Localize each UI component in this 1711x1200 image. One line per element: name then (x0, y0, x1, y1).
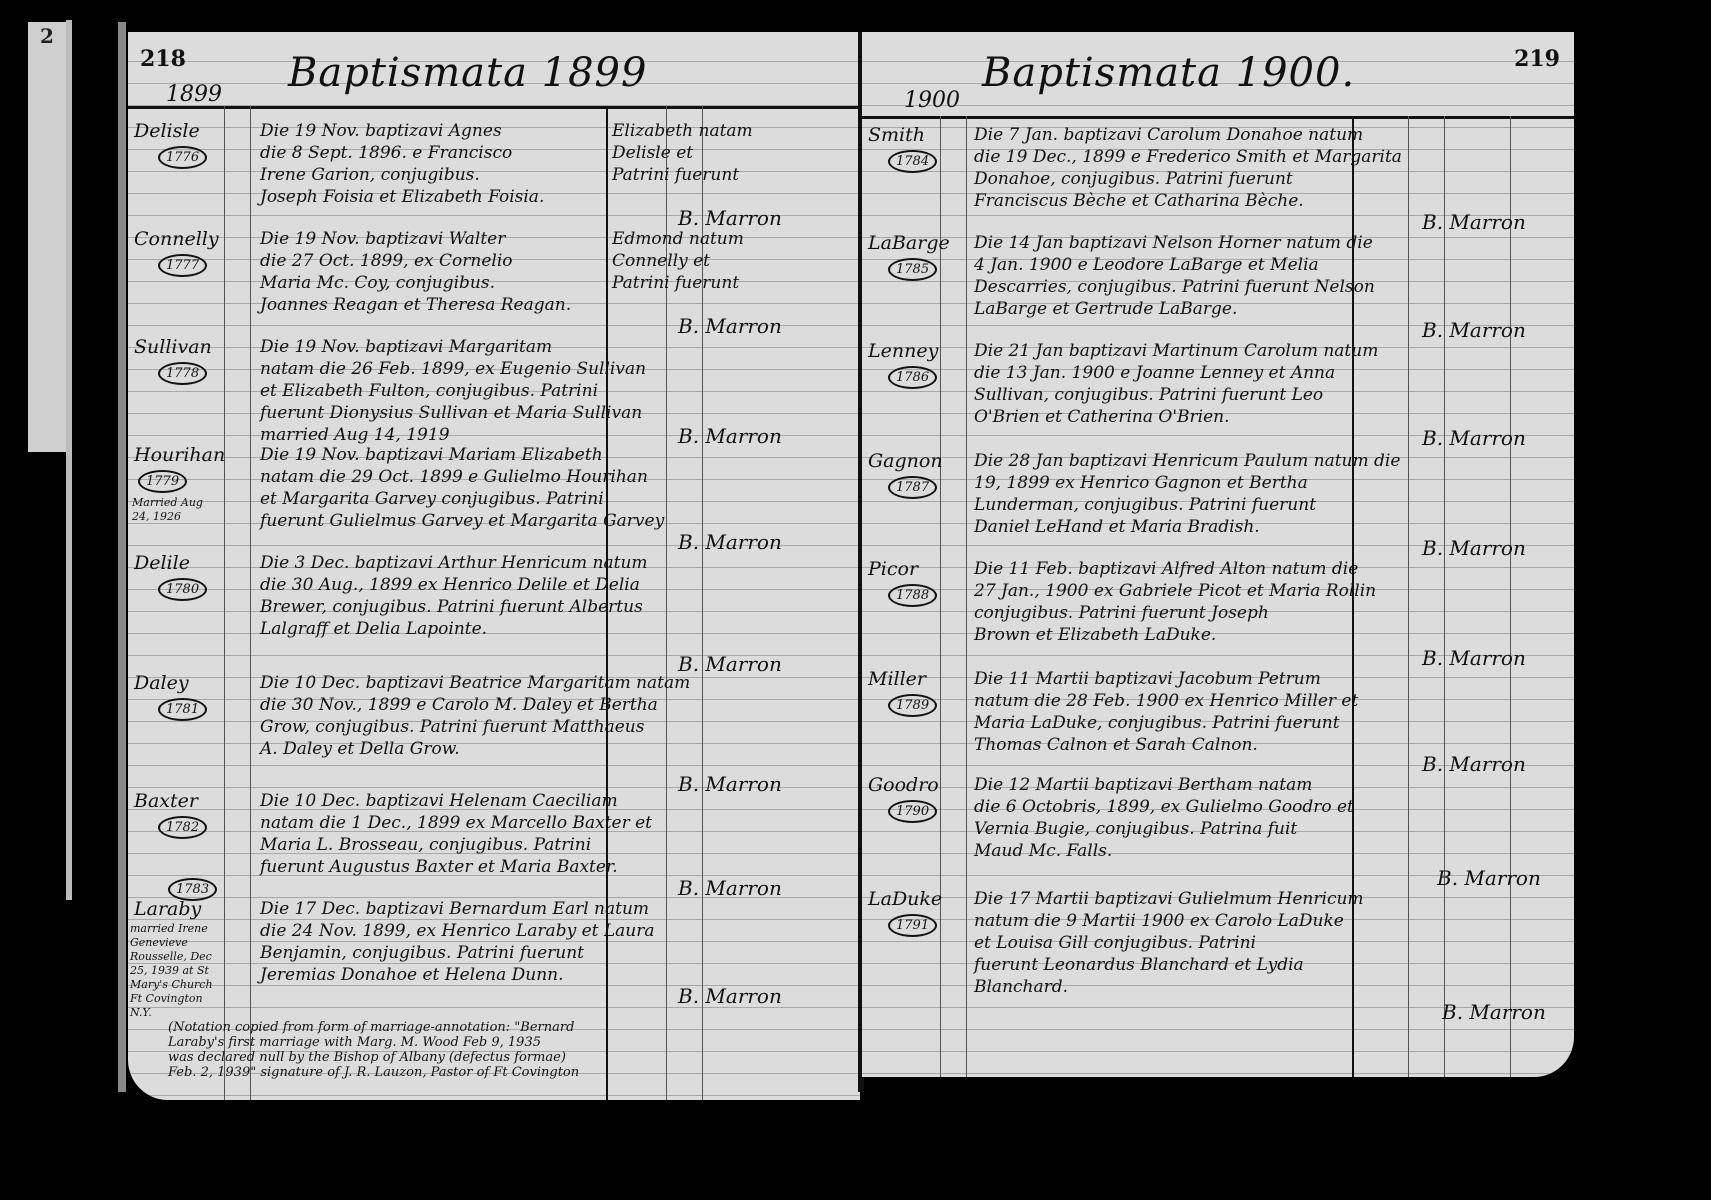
entry-text: Die 19 Nov. baptizavi Mariam Elizabethna… (260, 444, 664, 532)
entry-surname: Daley (134, 672, 189, 694)
year-label: 1900 (904, 88, 960, 113)
entry-text: Die 10 Dec. baptizavi Beatrice Margarita… (260, 672, 690, 760)
adjacent-page-number: 2 (40, 24, 54, 48)
marriage-annotation: married Aug 14, 1919 (260, 424, 646, 446)
entry-surname: Hourihan (134, 444, 225, 466)
priest-signature: B. Marron (1422, 536, 1526, 560)
entry-number: 1777 (158, 254, 207, 277)
entry-surname: Delisle (134, 120, 200, 142)
priest-signature: B. Marron (678, 424, 782, 448)
priest-signature: B. Marron (1422, 646, 1526, 670)
entry-number: 1789 (888, 694, 937, 717)
page-title: Baptismata 1899 (288, 50, 647, 96)
page-edge-strip (66, 20, 72, 900)
column-rule (940, 116, 941, 1077)
priest-signature: B. Marron (678, 876, 782, 900)
entry-surname: Picor (868, 558, 918, 580)
entry-text: Die 17 Martii baptizavi Gulielmum Henric… (974, 888, 1364, 998)
entry-text: Die 3 Dec. baptizavi Arthur Henricum nat… (260, 552, 648, 640)
column-rule (1408, 116, 1409, 1077)
header-rule (862, 116, 1574, 119)
entry-text: Die 12 Martii baptizavi Bertham natamdie… (974, 774, 1354, 862)
priest-signature: B. Marron (678, 772, 782, 796)
entry-number: 1778 (158, 362, 207, 385)
entry-text: Die 14 Jan baptizavi Nelson Horner natum… (974, 232, 1375, 320)
page-number: 219 (1514, 46, 1560, 72)
entry-text: Die 10 Dec. baptizavi Helenam Caeciliamn… (260, 790, 652, 878)
entry-surname: LaDuke (868, 888, 942, 910)
entry-number: 1786 (888, 366, 937, 389)
entry-number: 1787 (888, 476, 937, 499)
entry-surname: Smith (868, 124, 925, 146)
entry-number: 1783 (168, 878, 217, 901)
entry-number: 1782 (158, 816, 207, 839)
year-label: 1899 (166, 82, 222, 107)
column-rule (966, 116, 967, 1077)
priest-signature: B. Marron (1442, 1000, 1546, 1024)
ledger-page-right: 219 Baptismata 1900. 1900 Smith 1784 Die… (862, 32, 1574, 1077)
entry-text: Die 21 Jan baptizavi Martinum Carolum na… (974, 340, 1378, 428)
entry-text: Die 19 Nov. baptizavi Walterdie 27 Oct. … (260, 228, 571, 316)
entry-surname: Laraby (134, 898, 201, 920)
annulment-notation: (Notation copied from form of marriage-a… (168, 1020, 579, 1080)
entry-text: Die 17 Dec. baptizavi Bernardum Earl nat… (260, 898, 655, 986)
priest-signature: B. Marron (1422, 210, 1526, 234)
entry-text: Die 7 Jan. baptizavi Carolum Donahoe nat… (974, 124, 1402, 212)
priest-signature: B. Marron (678, 984, 782, 1008)
column-rule (250, 106, 251, 1100)
entry-text: Die 28 Jan baptizavi Henricum Paulum nat… (974, 450, 1400, 538)
entry-text: Die 11 Martii baptizavi Jacobum Petrumna… (974, 668, 1358, 756)
entry-number: 1780 (158, 578, 207, 601)
entry-surname: Baxter (134, 790, 198, 812)
entry-text-continued: Edmond natumConnelly etPatrini fuerunt (612, 228, 744, 294)
entry-number: 1779 (138, 470, 187, 493)
entry-number: 1776 (158, 146, 207, 169)
entry-number: 1791 (888, 914, 937, 937)
priest-signature: B. Marron (678, 652, 782, 676)
priest-signature: B. Marron (1437, 866, 1541, 890)
entry-surname: Miller (868, 668, 926, 690)
page-number: 218 (140, 46, 186, 72)
entry-surname: Lenney (868, 340, 938, 362)
header-rule (128, 106, 860, 109)
entry-number: 1790 (888, 800, 937, 823)
page-title: Baptismata 1900. (982, 50, 1355, 96)
entry-number: 1785 (888, 258, 937, 281)
column-rule (1510, 116, 1511, 1077)
column-rule (224, 106, 225, 1100)
entry-surname: Connelly (134, 228, 219, 250)
entry-text: Die 11 Feb. baptizavi Alfred Alton natum… (974, 558, 1376, 646)
priest-signature: B. Marron (1422, 752, 1526, 776)
priest-signature: B. Marron (1422, 426, 1526, 450)
margin-note: married Irene Genevieve Rousselle, Dec 2… (130, 922, 224, 1020)
ledger-page-left: 218 Baptismata 1899 1899 Delisle 1776 Di… (128, 32, 860, 1100)
priest-signature: B. Marron (678, 314, 782, 338)
column-rule (1444, 116, 1445, 1077)
entry-surname: Sullivan (134, 336, 212, 358)
entry-surname: Gagnon (868, 450, 943, 472)
entry-surname: Goodro (868, 774, 939, 796)
entry-number: 1781 (158, 698, 207, 721)
priest-signature: B. Marron (678, 206, 782, 230)
entry-surname: LaBarge (868, 232, 950, 254)
priest-signature: B. Marron (1422, 318, 1526, 342)
margin-note: Married Aug 24, 1926 (132, 496, 222, 524)
entry-surname: Delile (134, 552, 190, 574)
priest-signature: B. Marron (678, 530, 782, 554)
entry-number: 1788 (888, 584, 937, 607)
entry-text: Die 19 Nov. baptizavi Agnesdie 8 Sept. 1… (260, 120, 544, 208)
entry-number: 1784 (888, 150, 937, 173)
entry-text-continued: Elizabeth natamDelisle etPatrini fuerunt (612, 120, 753, 186)
page-edge-strip-2 (118, 22, 126, 1092)
entry-text: Die 19 Nov. baptizavi Margaritamnatam di… (260, 336, 646, 446)
